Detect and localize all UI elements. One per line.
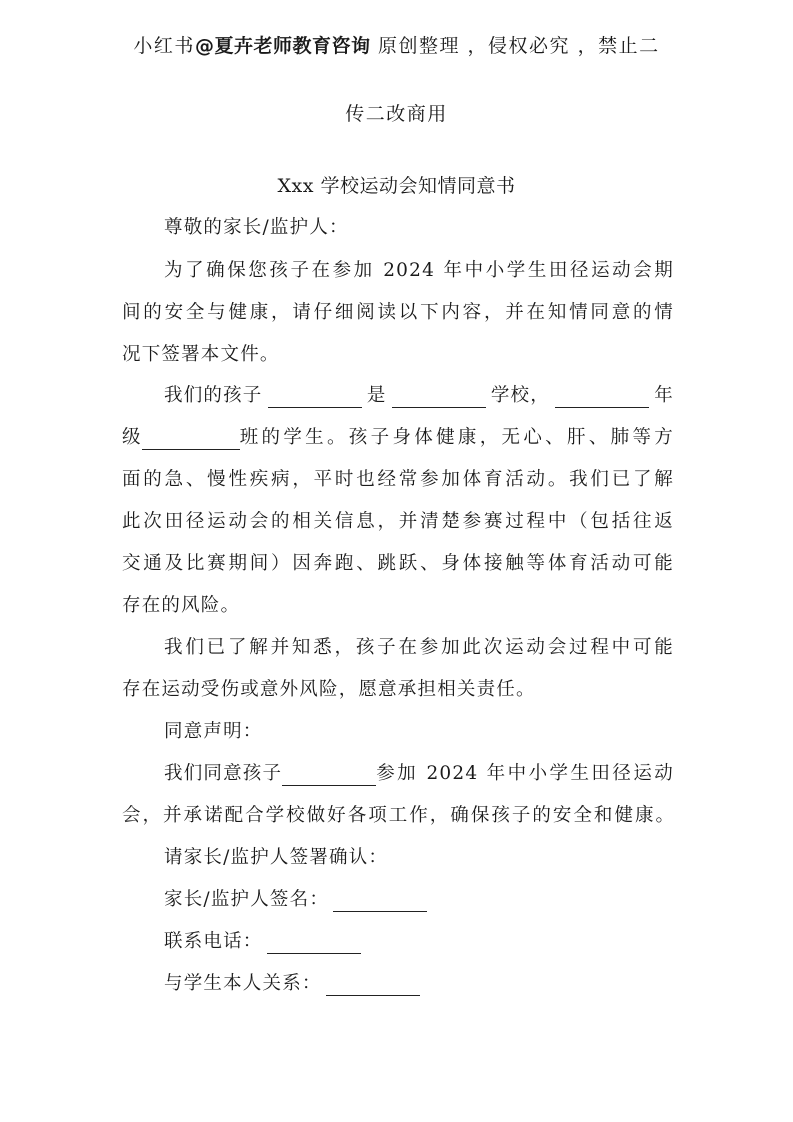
para4-line1: 我们同意孩子 参加 2024 年中小学生田径运动 — [164, 762, 674, 786]
text: 参加 2024 年中小学生田径运动 — [376, 762, 674, 786]
para2-line4: 此次田径运动会的相关信息，并清楚参赛过程中（包括往返 — [122, 510, 674, 534]
signature-label: 家长/监护人签名： — [164, 888, 329, 912]
watermark-notice: 原创整理 ，侵权必究 ，禁止二 — [370, 35, 659, 57]
para4-line2: 会，并承诺配合学校做好各项工作，确保孩子的安全和健康。 — [122, 804, 674, 828]
watermark-line-2: 传二改商用 — [0, 102, 793, 126]
text: 年 — [654, 384, 674, 408]
phone-input[interactable] — [267, 935, 361, 954]
para2-line1: 我们的孩子 是 学校， 年 — [164, 384, 674, 408]
watermark-handle: @夏卉老师教育咨询 — [195, 35, 371, 57]
text: 我们的孩子 — [164, 384, 263, 408]
document-title: Xxx 学校运动会知情同意书 — [0, 174, 793, 198]
watermark-line-1: 小红书@夏卉老师教育咨询 原创整理 ，侵权必究 ，禁止二 — [0, 34, 793, 58]
para3-line2: 存在运动受伤或意外风险，愿意承担相关责任。 — [122, 678, 674, 702]
document-page: 小红书@夏卉老师教育咨询 原创整理 ，侵权必究 ，禁止二 传二改商用 Xxx 学… — [0, 0, 793, 1122]
sign-prompt: 请家长/监护人签署确认： — [164, 846, 674, 870]
para2-line5: 交通及比赛期间）因奔跑、跳跃、身体接触等体育活动可能 — [122, 552, 674, 576]
para2-line2: 级 班的学生。孩子身体健康，无心、肝、肺等方 — [122, 426, 674, 450]
para1-line1: 为了确保您孩子在参加 2024 年中小学生田径运动会期 — [164, 259, 674, 283]
grade-blank[interactable] — [555, 389, 649, 408]
relation-input[interactable] — [326, 977, 420, 996]
salutation: 尊敬的家长/监护人： — [164, 216, 674, 240]
signature-field: 家长/监护人签名： — [164, 888, 674, 912]
relation-label: 与学生本人关系： — [164, 972, 322, 996]
text: 级 — [122, 426, 142, 450]
para1-line3: 况下签署本文件。 — [122, 343, 674, 367]
text: 是 — [367, 384, 387, 408]
text: 学校， — [491, 384, 550, 408]
signature-input[interactable] — [333, 893, 427, 912]
text: 我们同意孩子 — [164, 762, 282, 786]
para1-line2: 间的安全与健康，请仔细阅读以下内容，并在知情同意的情 — [122, 301, 674, 325]
para2-line3: 面的急、慢性疾病，平时也经常参加体育活动。我们已了解 — [122, 468, 674, 492]
consent-child-name-blank[interactable] — [282, 767, 376, 786]
relation-field: 与学生本人关系： — [164, 972, 674, 996]
watermark-prefix: 小红书 — [133, 35, 195, 57]
para2-line6: 存在的风险。 — [122, 594, 674, 618]
para3-line1: 我们已了解并知悉，孩子在参加此次运动会过程中可能 — [164, 636, 674, 660]
class-blank[interactable] — [142, 431, 240, 450]
school-name-blank[interactable] — [392, 389, 486, 408]
consent-heading: 同意声明： — [164, 720, 674, 744]
text: 班的学生。孩子身体健康，无心、肝、肺等方 — [240, 426, 674, 450]
phone-label: 联系电话： — [164, 930, 263, 954]
phone-field: 联系电话： — [164, 930, 674, 954]
child-name-blank[interactable] — [268, 389, 362, 408]
